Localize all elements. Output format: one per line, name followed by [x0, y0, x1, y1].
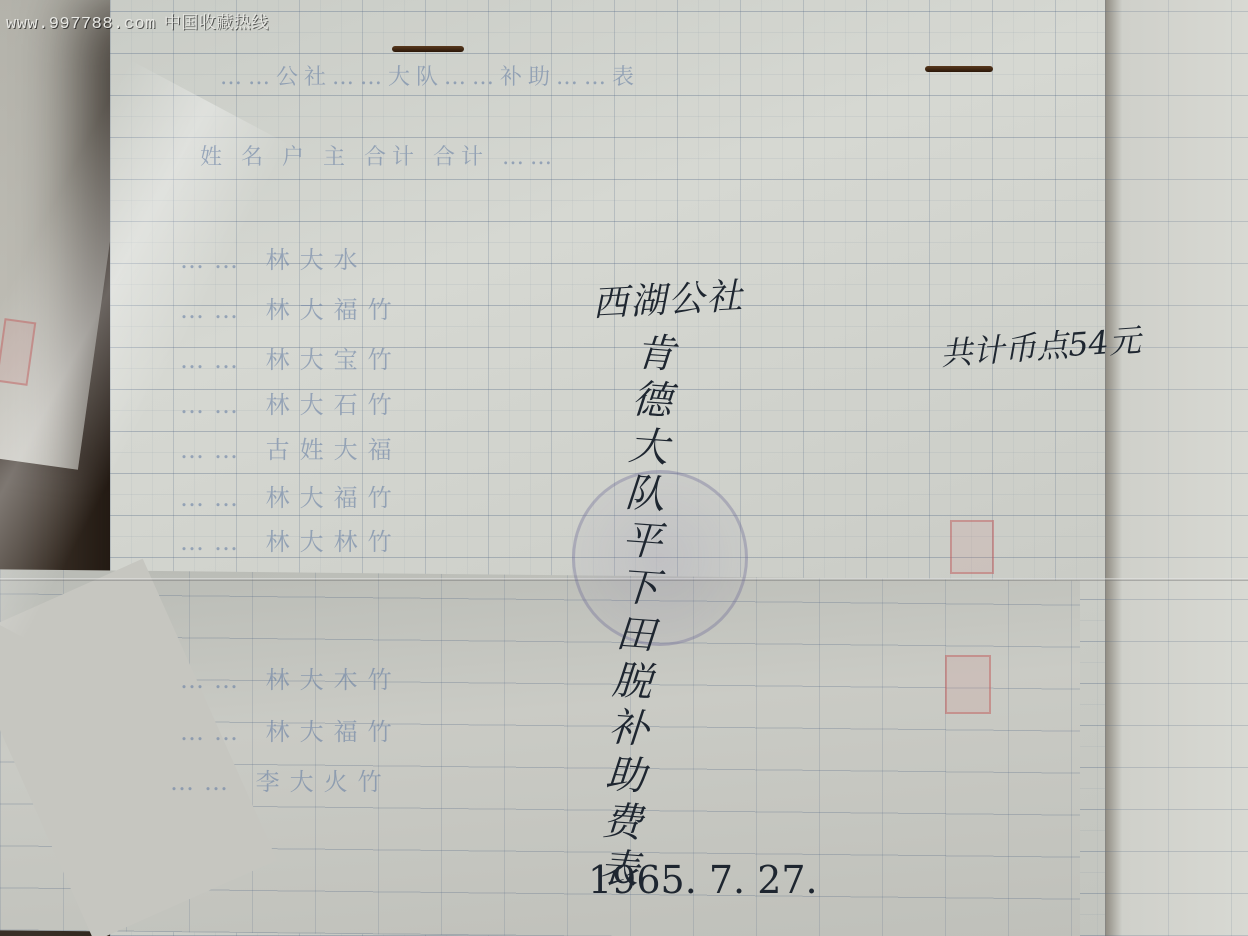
faded-row: …… 林大木竹: [180, 660, 402, 695]
red-seal-stamp: [950, 520, 994, 574]
commune-name: 西湖公社: [591, 268, 745, 327]
staple-left: [392, 46, 464, 52]
faded-row: …… 林大林竹: [180, 522, 402, 557]
faded-row: …… 林大石竹: [180, 385, 402, 420]
staple-right: [925, 66, 993, 72]
document-date: 1965. 7. 27.: [588, 858, 818, 902]
faded-row: …… 林大福竹: [180, 478, 402, 513]
photo-scene: ……公社……大队……补助……表 姓 名 户 主 合计 合计 …… …… 林大水 …: [0, 0, 1248, 936]
site-watermark: www.997788.com中国收藏热线: [6, 8, 269, 34]
faded-row: …… 李大火竹: [170, 762, 392, 797]
faded-header-line-1: ……公社……大队……补助……表: [220, 60, 640, 91]
faded-row: …… 林大福竹: [180, 290, 402, 325]
faded-row: …… 林大水: [180, 240, 368, 275]
red-seal-stamp: [945, 655, 991, 714]
watermark-url: www.997788.com: [6, 15, 156, 34]
faded-header-line-2: 姓 名 户 主 合计 合计 ……: [200, 140, 558, 171]
adjacent-page: [1105, 0, 1248, 936]
faded-row: …… 古姓大福: [180, 430, 402, 465]
faded-row: …… 林大福竹: [180, 712, 402, 747]
adjacent-page-grid: [1105, 0, 1248, 936]
watermark-site-name: 中国收藏热线: [164, 13, 269, 33]
faded-row: …… 林大宝竹: [180, 340, 402, 375]
